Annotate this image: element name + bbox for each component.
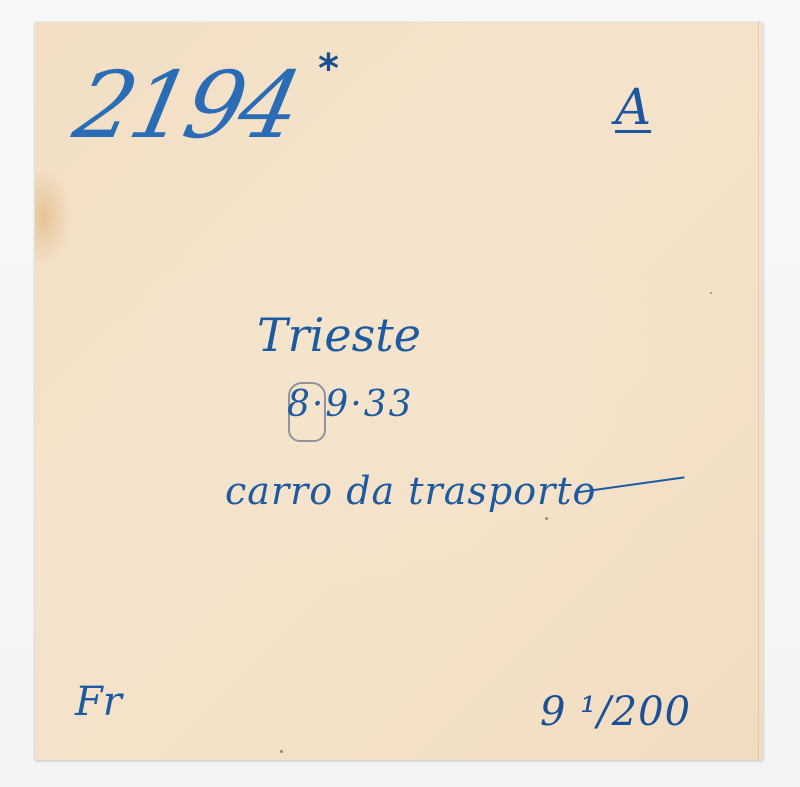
index-card: 2194 * A Trieste 8·9·33 carro da traspor… [35, 22, 763, 760]
format-code: 9 ¹/200 [540, 692, 691, 732]
place-name: Trieste [257, 312, 421, 358]
paper-speck [545, 517, 548, 520]
catalog-asterisk-mark: * [318, 46, 339, 92]
scan-background: 2194 * A Trieste 8·9·33 carro da traspor… [0, 0, 800, 787]
date-text: 8·9·33 [287, 387, 414, 423]
author-initials: Fr [75, 682, 122, 722]
series-letter: A [615, 82, 651, 132]
paper-speck [710, 292, 712, 294]
paper-speck [280, 750, 283, 753]
subject-description: carro da trasporto [225, 472, 596, 510]
catalog-number: 2194 [67, 60, 305, 152]
